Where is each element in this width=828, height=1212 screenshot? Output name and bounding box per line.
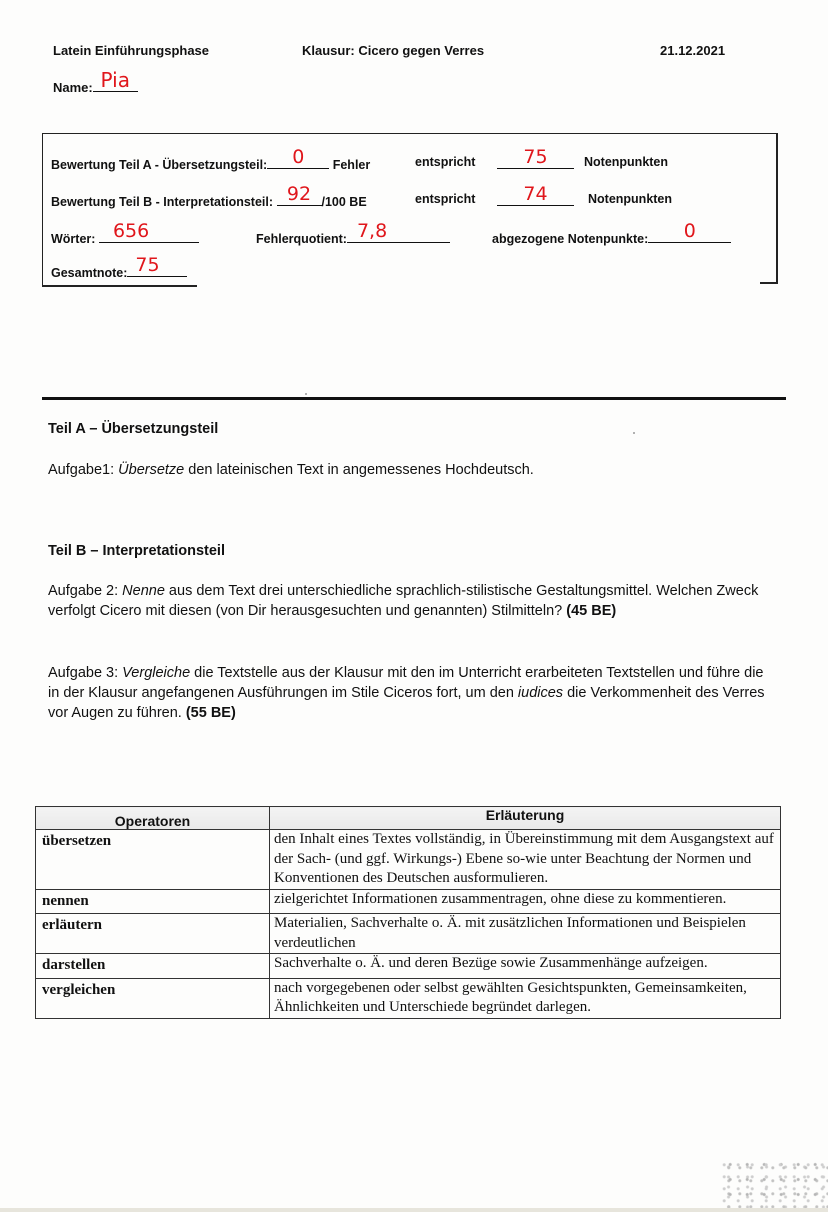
teil-a-errors: 0 [267, 148, 329, 167]
scan-speck [633, 432, 635, 434]
exam-title: Klausur: Cicero gegen Verres [302, 43, 484, 58]
teil-b-points-unit: Notenpunkten [588, 192, 672, 206]
aufgabe-3-operator: Vergleiche [122, 665, 190, 681]
scan-noise [720, 1160, 828, 1210]
woerter-row: Wörter: 656 [51, 229, 199, 246]
table-row: nennenzielgerichtet Informationen zusamm… [36, 889, 781, 914]
course-name: Latein Einführungsphase [53, 43, 209, 58]
teil-b-score: 92 [277, 185, 322, 204]
exam-date: 21.12.2021 [660, 43, 725, 58]
teil-a-heading: Teil A – Übersetzungsteil [48, 421, 218, 437]
teil-b-entspricht: entspricht [415, 192, 475, 206]
name-label: Name: [53, 80, 93, 95]
operator-cell: nennen [36, 889, 270, 914]
teil-b-row: Bewertung Teil B - Interpretationsteil: … [51, 192, 367, 209]
abgezogen-value: 0 [648, 222, 731, 241]
table-row: vergleichennach vorgegebenen oder selbst… [36, 978, 781, 1018]
operator-cell: darstellen [36, 954, 270, 979]
teil-a-points-field: 75 [497, 155, 574, 172]
aufgabe-2-prefix: Aufgabe 2: [48, 583, 122, 599]
teil-a-unit: Fehler [333, 158, 371, 172]
table-row: erläuternMaterialien, Sachverhalte o. Ä.… [36, 914, 781, 954]
abgezogen-label: abgezogene Notenpunkte: [492, 232, 648, 246]
teil-b-label: Bewertung Teil B - Interpretationsteil: [51, 195, 273, 209]
teil-b-points-field: 74 [497, 192, 574, 209]
aufgabe-3-term: iudices [518, 685, 563, 701]
grading-box-border [776, 133, 778, 283]
aufgabe-1: Aufgabe1: Übersetze den lateinischen Tex… [48, 460, 534, 480]
explanation-cell: zielgerichtet Informationen zusammentrag… [270, 889, 781, 914]
operator-cell: übersetzen [36, 830, 270, 890]
teil-b-heading: Teil B – Interpretationsteil [48, 543, 225, 559]
page-edge [0, 1208, 828, 1212]
section-divider [42, 397, 786, 400]
grading-box-border [42, 285, 197, 287]
aufgabe-1-text: den lateinischen Text in angemessenes Ho… [184, 462, 534, 478]
explanation-cell: Sachverhalte o. Ä. und deren Bezüge sowi… [270, 954, 781, 979]
explanation-cell: nach vorgegebenen oder selbst gewählten … [270, 978, 781, 1018]
aufgabe-2-points: (45 BE) [566, 603, 616, 619]
table-row: darstellenSachverhalte o. Ä. und deren B… [36, 954, 781, 979]
teil-a-points: 75 [497, 148, 574, 167]
explanation-cell: den Inhalt eines Textes vollständig, in … [270, 830, 781, 890]
gesamtnote-row: Gesamtnote:75 [51, 263, 187, 280]
column-header-operatoren: Operatoren [36, 807, 270, 830]
teil-a-row: Bewertung Teil A - Übersetzungsteil:0 Fe… [51, 155, 370, 172]
grading-box-border [760, 282, 778, 284]
aufgabe-3-prefix: Aufgabe 3: [48, 665, 122, 681]
teil-b-unit: /100 BE [322, 195, 367, 209]
operator-cell: vergleichen [36, 978, 270, 1018]
aufgabe-2-operator: Nenne [122, 583, 165, 599]
student-name: Pia [93, 71, 138, 90]
woerter-label: Wörter: [51, 232, 95, 246]
fehlerquotient-row: Fehlerquotient:7,8 [256, 229, 450, 246]
aufgabe-3-points: (55 BE) [186, 705, 236, 721]
operators-table: Operatoren Erläuterung übersetzenden Inh… [35, 806, 781, 1019]
name-field: Name:Pia [53, 77, 138, 95]
aufgabe-1-operator: Übersetze [118, 462, 184, 478]
aufgabe-3: Aufgabe 3: Vergleiche die Textstelle aus… [48, 663, 768, 723]
gesamtnote-value: 75 [127, 256, 187, 275]
column-header-erlaeuterung: Erläuterung [270, 807, 781, 830]
teil-a-points-unit: Notenpunkten [584, 155, 668, 169]
aufgabe-1-prefix: Aufgabe1: [48, 462, 118, 478]
woerter-count: 656 [99, 222, 199, 241]
teil-a-entspricht: entspricht [415, 155, 475, 169]
explanation-cell: Materialien, Sachverhalte o. Ä. mit zusä… [270, 914, 781, 954]
aufgabe-2: Aufgabe 2: Nenne aus dem Text drei unter… [48, 581, 768, 621]
fehlerquotient-label: Fehlerquotient: [256, 232, 347, 246]
table-header-row: Operatoren Erläuterung [36, 807, 781, 830]
operator-cell: erläutern [36, 914, 270, 954]
scan-speck [305, 393, 307, 395]
gesamtnote-label: Gesamtnote: [51, 266, 127, 280]
teil-a-label: Bewertung Teil A - Übersetzungsteil: [51, 158, 267, 172]
teil-b-points: 74 [497, 185, 574, 204]
fehlerquotient-value: 7,8 [347, 222, 450, 241]
exam-sheet: Latein Einführungsphase Klausur: Cicero … [0, 0, 828, 1212]
table-row: übersetzenden Inhalt eines Textes vollst… [36, 830, 781, 890]
abgezogen-row: abgezogene Notenpunkte:0 [492, 229, 731, 246]
